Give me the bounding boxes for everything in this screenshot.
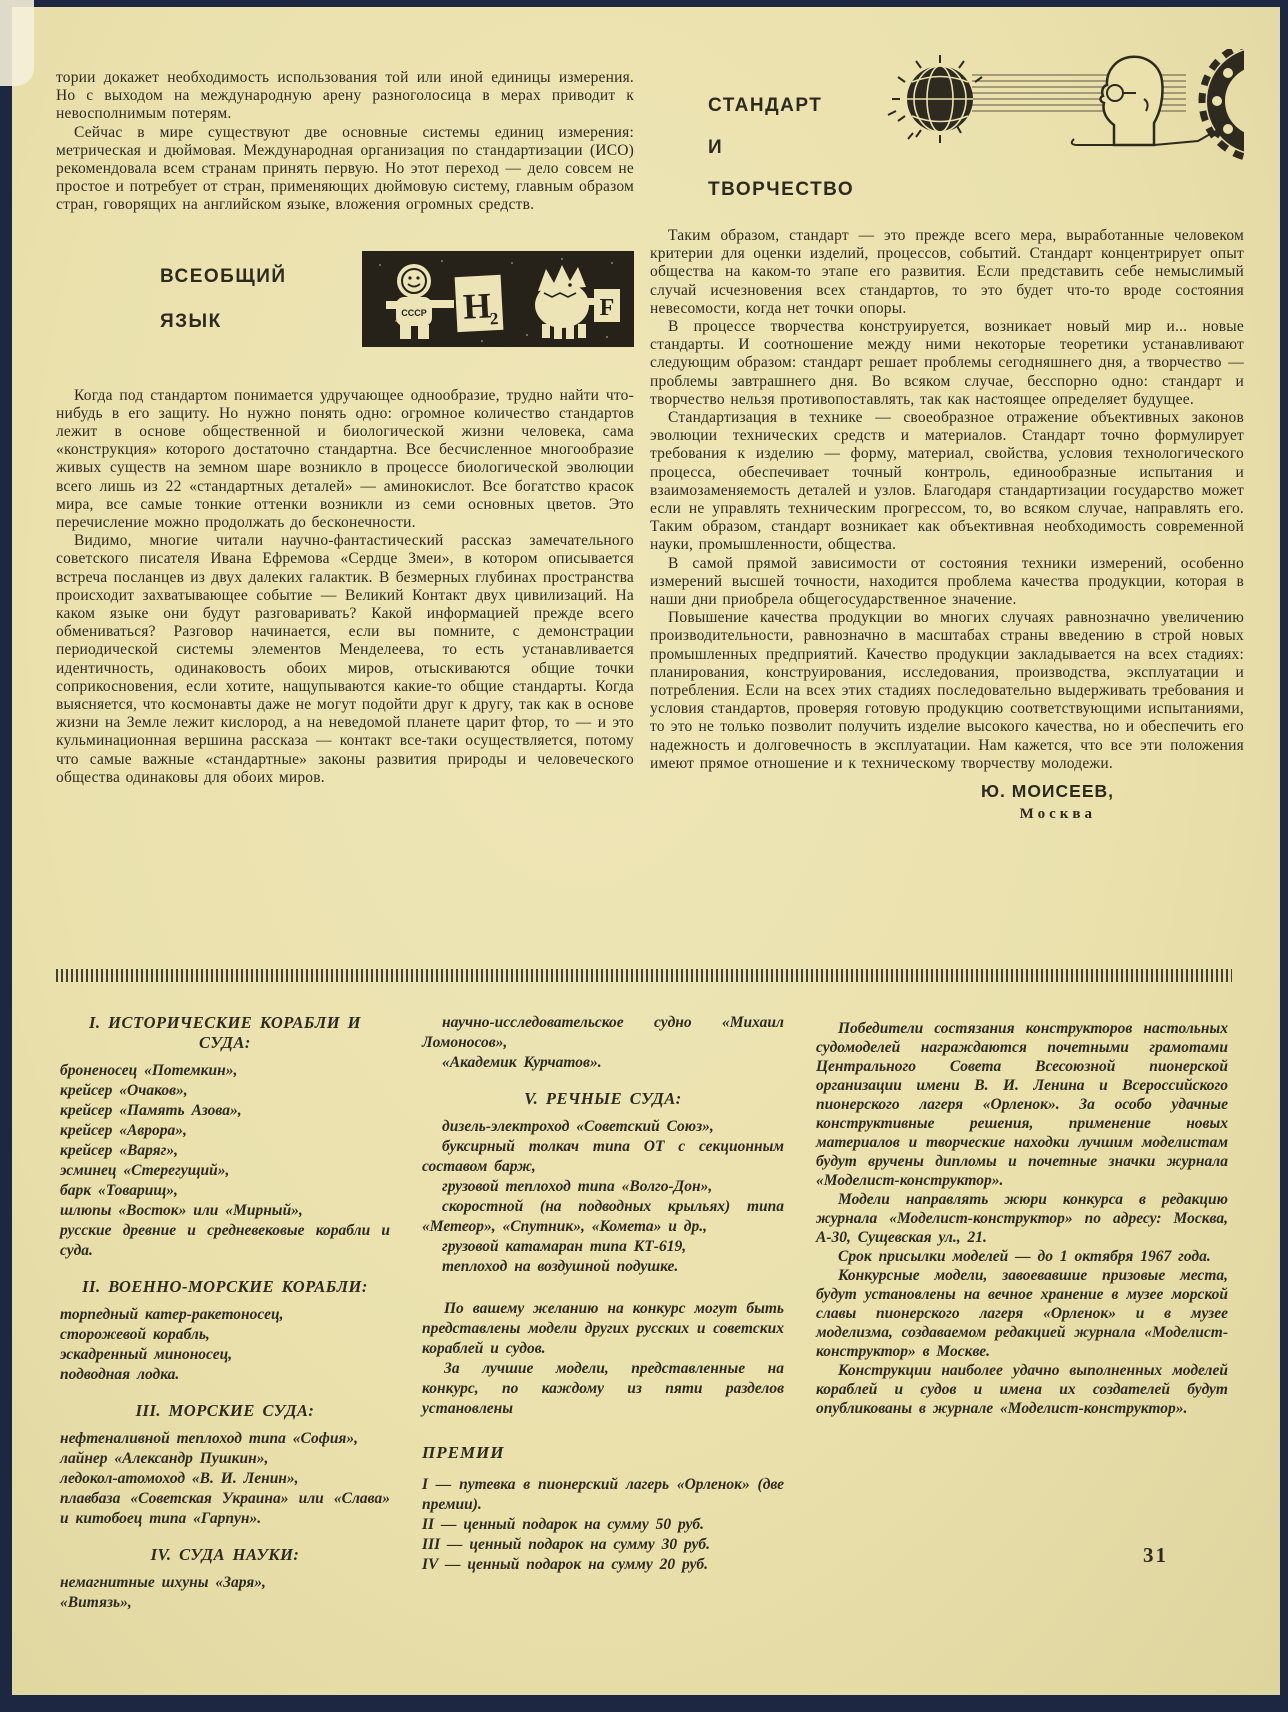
section-title-line1: ВСЕОБЩИЙ [160,254,362,299]
contest-column-1: I. ИСТОРИЧЕСКИЕ КОРАБЛИ И СУДА: броненос… [60,1013,390,1613]
ship-list-item: немагнитные шхуны «Заря», [60,1573,390,1593]
ship-list-item: барк «Товарищ», [60,1181,390,1201]
ship-list-item: теплоход на воздушной подушке. [422,1257,784,1277]
hydrogen-symbol: H [462,285,492,326]
fluorine-symbol: F [600,295,615,321]
ship-list-item: крейсер «Варяг», [60,1141,390,1161]
contest-note: По вашему желанию на конкурс могут быть … [422,1299,784,1359]
contest-paragraph: Конструкции наиболее удачно выполненных … [816,1361,1228,1418]
article-title: СТАНДАРТ И ТВОРЧЕСТВО [650,49,868,211]
cosmonaut-alien-illustration: СССР H 2 [362,251,634,347]
gear-icon [1202,49,1244,159]
paragraph: В процессе творчества конструируется, во… [650,318,1244,409]
paper-background: тории докажет необходимость использовани… [12,7,1280,1695]
contest-paragraph: Срок присылки моделей — до 1 октября 196… [816,1247,1228,1266]
prizes-heading: ПРЕМИИ [422,1443,784,1463]
hydrogen-sign: H 2 [455,274,504,331]
illustration-frame [868,49,1244,166]
standard-creativity-header: СТАНДАРТ И ТВОРЧЕСТВО [650,49,1244,211]
ship-list-item: сторожевой корабль, [60,1325,390,1345]
ship-list-item: крейсер «Очаков», [60,1081,390,1101]
ship-list-item: русские древние и средневековые корабли … [60,1221,390,1261]
ship-list-item: плавбаза «Советская Украина» или «Слава»… [60,1489,390,1529]
author-signature: Ю. МОИСЕЕВ, Москва [650,781,1244,823]
prize-item: II — ценный подарок на сумму 50 руб. [422,1515,784,1535]
contest-paragraph: Модели направлять жюри конкурса в редакц… [816,1190,1228,1247]
contest-paragraph: Победители состязания конструкторов наст… [816,1019,1228,1190]
category-heading-4: IV. СУДА НАУКИ: [60,1545,390,1565]
fluorine-sign: F [594,289,620,322]
article-title-line2: И ТВОРЧЕСТВО [708,127,868,211]
ship-list-item: скоростной (на подводных крыльях) типа «… [422,1197,784,1237]
article-left-column: тории докажет необходимость использовани… [56,69,634,787]
ship-list-item: броненосец «Потемкин», [60,1061,390,1081]
ship-list-item: шлюпы «Восток» или «Мирный», [60,1201,390,1221]
ship-list-item: научно-исследовательское судно «Михаил Л… [422,1013,784,1053]
perforation-divider [56,969,1232,982]
ship-list-item: нефтеналивной теплоход типа «София», [60,1429,390,1449]
ship-list-item: дизель-электроход «Советский Союз», [422,1117,784,1137]
page-number: 31 [1143,1543,1168,1568]
ship-list-item: лайнер «Александр Пушкин», [60,1449,390,1469]
category-heading-1: I. ИСТОРИЧЕСКИЕ КОРАБЛИ И СУДА: [60,1013,390,1053]
scan-edge-artifact [0,0,34,86]
paragraph: Таким образом, стандарт — это прежде все… [650,227,1244,318]
paragraph: тории докажет необходимость использовани… [56,69,634,124]
ship-list-item: крейсер «Память Азова», [60,1101,390,1121]
universal-language-header: ВСЕОБЩИЙ ЯЗЫК [56,251,634,347]
ship-list-item: подводная лодка. [60,1365,390,1385]
ship-list-item: эсминец «Стерегущий», [60,1161,390,1181]
category-heading-2: II. ВОЕННО-МОРСКИЕ КОРАБЛИ: [60,1277,390,1297]
paragraph: В самой прямой зависимости от состояния … [650,555,1244,610]
engineer-head-icon [1101,57,1163,145]
globe-head-gear-illustration [868,49,1244,161]
ship-list-item: грузовой теплоход типа «Волго-Дон», [422,1177,784,1197]
ship-list-item: грузовой катамаран типа КТ-619, [422,1237,784,1257]
ship-list-item: «Витязь», [60,1593,390,1613]
category-heading-5: V. РЕЧНЫЕ СУДА: [422,1089,784,1109]
ship-list-item: эскадренный миноносец, [60,1345,390,1365]
prize-item: I — путевка в пионерский лагерь «Орленок… [422,1475,784,1515]
ship-list-item: торпедный катер-ракетоносец, [60,1305,390,1325]
contest-note: За лучшие модели, представленные на конк… [422,1359,784,1419]
section-title-line2: ЯЗЫК [160,299,362,344]
ship-list-item: буксирный толкач типа ОТ с секционным со… [422,1137,784,1177]
paragraph: Повышение качества продукции во многих с… [650,609,1244,773]
paragraph: Стандартизация в технике — своеобразное … [650,409,1244,555]
contest-paragraph: Конкурсные модели, завоевавшие призовые … [816,1266,1228,1361]
globe-icon [888,55,982,143]
paragraph: Когда под стандартом понимается удручающ… [56,387,634,533]
author-city: Москва [650,806,1244,823]
paragraph: Видимо, многие читали научно-фантастичес… [56,532,634,787]
magazine-page: тории докажет необходимость использовани… [0,0,1288,1712]
category-heading-3: III. МОРСКИЕ СУДА: [60,1401,390,1421]
prize-item: III — ценный подарок на сумму 30 руб. [422,1535,784,1555]
contest-section: I. ИСТОРИЧЕСКИЕ КОРАБЛИ И СУДА: броненос… [60,1013,1228,1613]
author-name: Ю. МОИСЕЕВ, [650,781,1244,802]
paragraph: Сейчас в мире существуют две основные си… [56,124,634,215]
contest-column-3: Победители состязания конструкторов наст… [816,1013,1228,1613]
contest-column-2: научно-исследовательское судно «Михаил Л… [422,1013,784,1613]
article-right-column: СТАНДАРТ И ТВОРЧЕСТВО [650,49,1244,823]
hydrogen-subscript: 2 [489,309,498,328]
ship-list-item: «Академик Курчатов». [422,1053,784,1073]
prize-item: IV — ценный подарок на сумму 20 руб. [422,1555,784,1575]
ship-list-item: крейсер «Аврора», [60,1121,390,1141]
article-title-line1: СТАНДАРТ [708,85,868,127]
section-title-universal-language: ВСЕОБЩИЙ ЯЗЫК [56,254,362,344]
cosmonaut-chest-label: СССР [401,308,427,318]
ship-list-item: ледокол-атомоход «В. И. Ленин», [60,1469,390,1489]
